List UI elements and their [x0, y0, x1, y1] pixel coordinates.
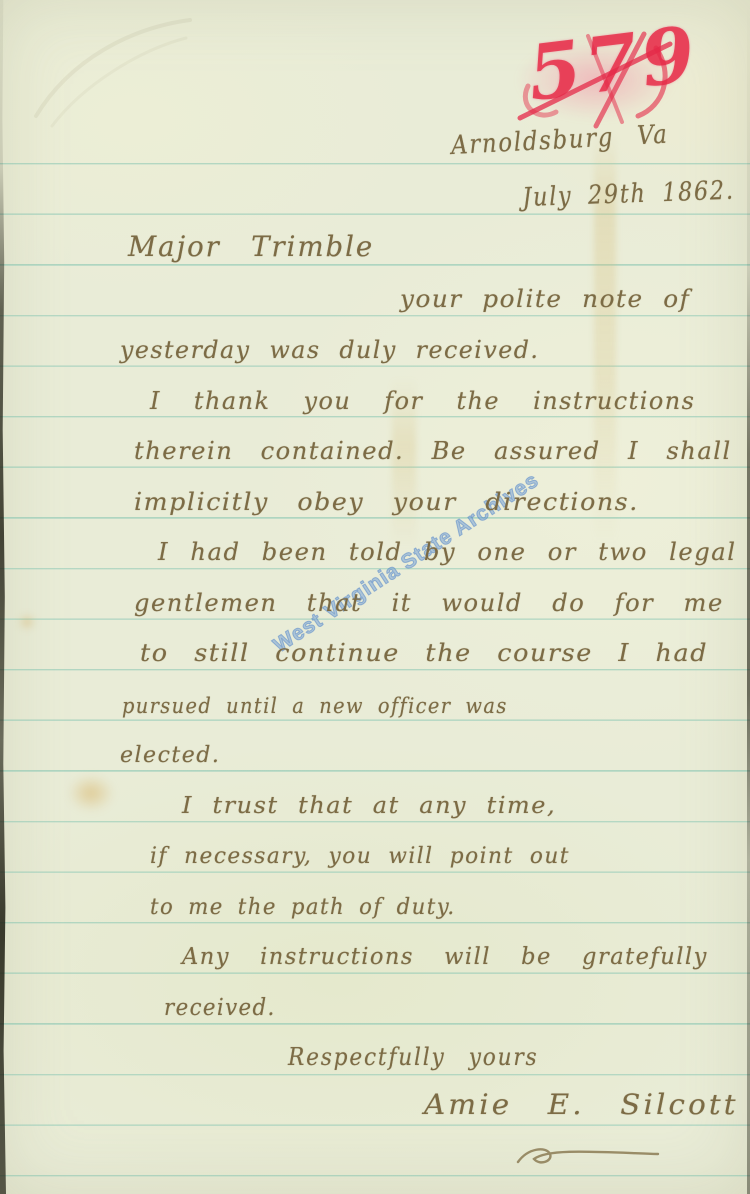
body-line: I trust that at any time, [182, 793, 556, 819]
body-line: gentlemen that it would do for me [134, 590, 724, 618]
body-line: your polite note of [400, 286, 690, 314]
paper-stain-dot [16, 612, 38, 632]
body-line: I had been told by one or two legal [158, 539, 736, 567]
body-line: implicitly obey your directions. [134, 489, 639, 517]
body-line: if necessary, you will point out [150, 844, 570, 869]
body-line: I thank you for the instructions [150, 388, 695, 416]
paper-stain-blob [60, 768, 122, 818]
letter-scan-page: 579 West Virginia State Archives Arnolds… [0, 0, 750, 1194]
body-line: to still continue the course I had [140, 640, 708, 668]
salutation-line: Major Trimble [128, 231, 374, 263]
body-line: to me the path of duty. [150, 895, 456, 920]
signature-line: Amie E. Silcott [424, 1089, 739, 1121]
body-line: Any instructions will be gratefully [182, 944, 708, 970]
ruled-lines-layer [0, 163, 750, 1179]
closing-line: Respectfully yours [288, 1044, 538, 1072]
heading-place-line: Arnoldsburg Va [450, 121, 669, 162]
body-line: received. [164, 995, 276, 1021]
body-line: elected. [120, 743, 220, 768]
body-line: yesterday was duly received. [120, 337, 539, 365]
body-line: therein contained. Be assured I shall [134, 438, 732, 466]
signature-flourish [514, 1142, 664, 1172]
ink-bleed-through-mark [22, 12, 202, 132]
body-line: pursued until a new officer was [122, 694, 508, 718]
